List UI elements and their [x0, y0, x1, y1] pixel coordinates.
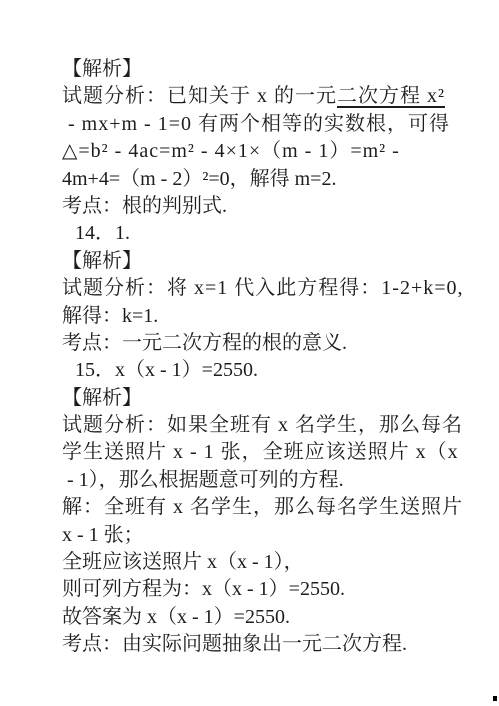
text-run: 解得：k=1. [62, 305, 158, 327]
text-line: - mx+m - 1=0 有两个相等的实数根，可得 [62, 111, 443, 138]
text-run: 故答案为 x（x - 1）=2550. [62, 606, 290, 628]
text-run: 学生送照片 x - 1 张，全班应该送照片 x（x [62, 441, 459, 463]
text-line: x - 1 张； [62, 522, 443, 549]
text-run: - 1），那么根据题意可列的方程. [62, 469, 344, 491]
text-line: 【解析】 [62, 56, 443, 83]
text-run: 试题分析：已知关于 x 的一元 [62, 85, 337, 107]
text-line: 14．1. [62, 220, 443, 247]
text-run: - mx+m - 1=0 有两个相等的实数根，可得 [62, 113, 450, 135]
text-run: 考点：由实际问题抽象出一元二次方程. [62, 633, 407, 655]
text-run: 解：全班有 x 名学生，那么每名学生送照片 [62, 496, 463, 518]
text-line: 4m+4=（m - 2）²=0，解得 m=2. [62, 166, 443, 193]
text-run: 【解析】 [62, 387, 142, 409]
text-run: 考点：一元二次方程的根的意义. [62, 332, 347, 354]
text-line: 学生送照片 x - 1 张，全班应该送照片 x（x [62, 439, 443, 466]
text-run: 试题分析：将 x=1 代入此方程得：1-2+k=0, [62, 277, 464, 299]
text-run: 14．1. [75, 222, 130, 244]
text-run: 考点：根的判别式. [62, 195, 227, 217]
text-line: 考点：一元二次方程的根的意义. [62, 330, 443, 357]
text-line: 试题分析：如果全班有 x 名学生，那么每名 [62, 412, 443, 439]
text-line: △=b² - 4ac=m² - 4×1×（m - 1）=m² - [62, 138, 443, 165]
text-line: 考点：由实际问题抽象出一元二次方程. [62, 631, 443, 658]
text-run: x - 1 张； [62, 524, 144, 546]
text-line: 【解析】 [62, 385, 443, 412]
text-line: 则可列方程为：x（x - 1）=2550. [62, 576, 443, 603]
text-line: 解得：k=1. [62, 303, 443, 330]
text-line: 全班应该送照片 x（x - 1）， [62, 549, 443, 576]
text-line: 试题分析：已知关于 x 的一元二次方程 x² [62, 83, 443, 110]
text-line: 解：全班有 x 名学生，那么每名学生送照片 [62, 494, 443, 521]
text-run: 4m+4=（m - 2）²=0，解得 m=2. [62, 168, 336, 190]
text-run: 全班应该送照片 x（x - 1）， [62, 551, 304, 573]
text-line: 考点：根的判别式. [62, 193, 443, 220]
text-run: 【解析】 [62, 250, 142, 272]
text-run: 则可列方程为：x（x - 1）=2550. [62, 578, 345, 600]
underlined-phrase: 二次方程 x² [337, 85, 445, 107]
text-line: 【解析】 [62, 248, 443, 275]
page-corner-mark [493, 696, 497, 701]
text-line: - 1），那么根据题意可列的方程. [62, 467, 443, 494]
document-page: 【解析】试题分析：已知关于 x 的一元二次方程 x² - mx+m - 1=0 … [62, 56, 443, 659]
text-line: 试题分析：将 x=1 代入此方程得：1-2+k=0, [62, 275, 443, 302]
text-run: 试题分析：如果全班有 x 名学生，那么每名 [62, 414, 463, 436]
text-line: 故答案为 x（x - 1）=2550. [62, 604, 443, 631]
text-line: 15．x（x - 1）=2550. [62, 357, 443, 384]
text-run: △=b² - 4ac=m² - 4×1×（m - 1）=m² - [62, 140, 400, 162]
text-run: 15．x（x - 1）=2550. [75, 359, 258, 381]
text-run: 【解析】 [62, 58, 142, 80]
